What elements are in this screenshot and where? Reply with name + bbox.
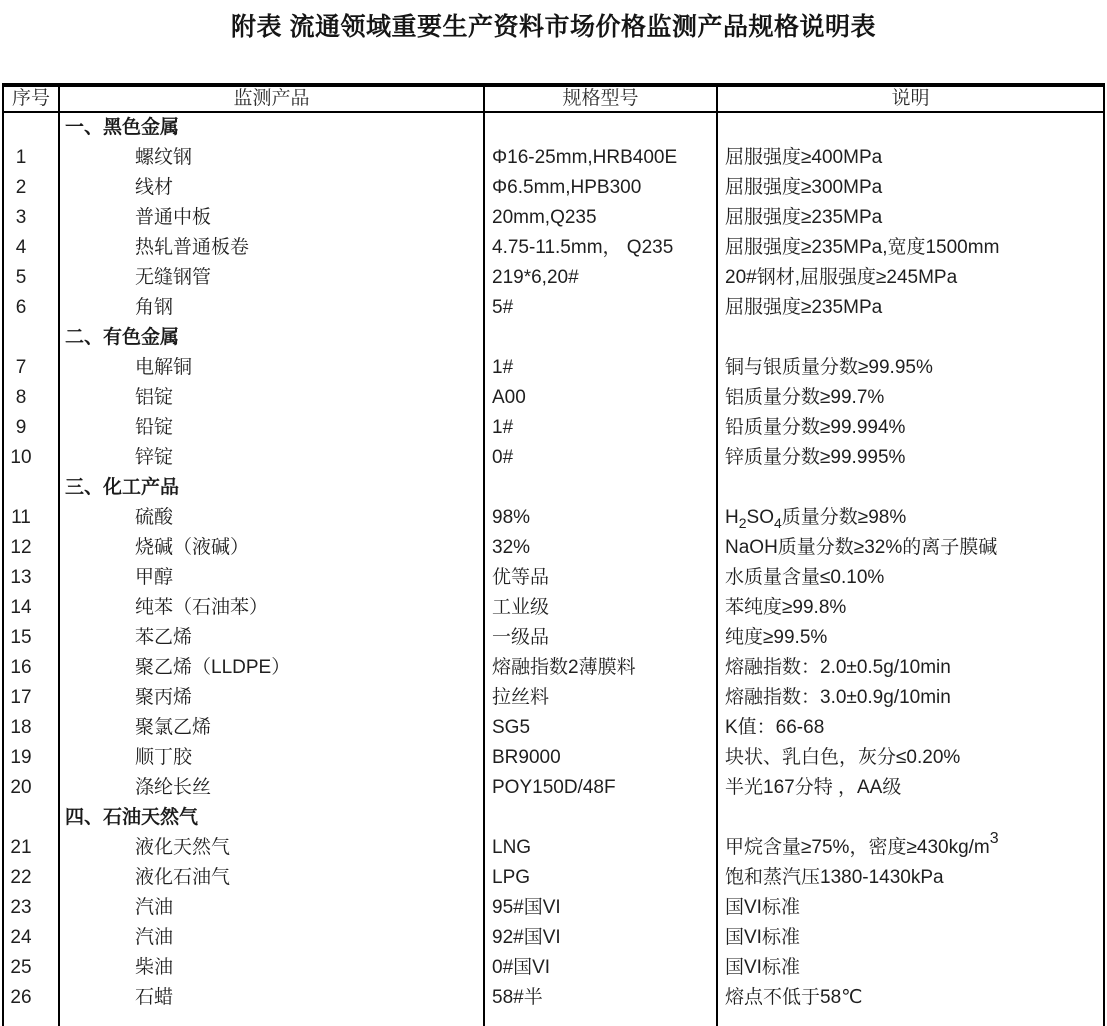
spec-cell: 4.75-11.5mm， Q235 [485,233,718,263]
row-number-cell: 1 [4,143,60,173]
text-segment: SO [747,507,774,528]
product-cell: 锌锭 [60,443,485,473]
section-title-cell: 一、黑色金属 [60,113,485,143]
spec-cell: 熔融指数2薄膜料 [485,653,718,683]
spec-cell: 98% [485,503,718,533]
product-cell: 顺丁胶 [60,743,485,773]
product-cell: 铝锭 [60,383,485,413]
empty-cell [60,1013,485,1026]
spec-cell: 92#国VI [485,923,718,953]
row-number-cell: 12 [4,533,60,563]
product-cell: 甲醇 [60,563,485,593]
product-cell: 涤纶长丝 [60,773,485,803]
row-number-cell: 17 [4,683,60,713]
spec-cell: A00 [485,383,718,413]
row-number-cell: 26 [4,983,60,1013]
spec-cell: SG5 [485,713,718,743]
spec-cell: 1# [485,413,718,443]
description-cell: 熔点不低于58℃ [718,983,1103,1013]
superscript: 3 [990,830,999,847]
table-row: 2线材Φ6.5mm,HPB300屈服强度≥300MPa [4,173,1103,203]
row-number-cell: 11 [4,503,60,533]
product-cell: 纯苯（石油苯） [60,593,485,623]
table-row: 15苯乙烯一级品纯度≥99.5% [4,623,1103,653]
product-cell: 电解铜 [60,353,485,383]
spec-cell: 0# [485,443,718,473]
spec-cell: Φ16-25mm,HRB400E [485,143,718,173]
table-row: 21液化天然气LNG甲烷含量≥75%，密度≥430kg/m3 [4,833,1103,863]
description-cell: NaOH质量分数≥32%的离子膜碱 [718,533,1103,563]
spec-cell [485,113,718,143]
row-number-cell [4,113,60,143]
description-cell: 熔融指数：2.0±0.5g/10min [718,653,1103,683]
product-cell: 液化石油气 [60,863,485,893]
table-body: 一、黑色金属1螺纹钢Φ16-25mm,HRB400E屈服强度≥400MPa2线材… [4,113,1103,1026]
product-cell: 聚氯乙烯 [60,713,485,743]
table-row: 16聚乙烯（LLDPE）熔融指数2薄膜料熔融指数：2.0±0.5g/10min [4,653,1103,683]
subscript: 4 [774,515,782,531]
description-cell: 甲烷含量≥75%，密度≥430kg/m3 [718,833,1103,863]
product-cell: 苯乙烯 [60,623,485,653]
text-segment: H [725,507,739,528]
description-cell: 熔融指数：3.0±0.9g/10min [718,683,1103,713]
description-cell: 饱和蒸汽压1380-1430kPa [718,863,1103,893]
section-row: 四、石油天然气 [4,803,1103,833]
table-filler-row [4,1013,1103,1026]
row-number-cell: 20 [4,773,60,803]
product-cell: 石蜡 [60,983,485,1013]
spec-cell [485,323,718,353]
product-cell: 聚乙烯（LLDPE） [60,653,485,683]
spec-cell: 58#半 [485,983,718,1013]
section-row: 一、黑色金属 [4,113,1103,143]
row-number-cell [4,803,60,833]
product-cell: 普通中板 [60,203,485,233]
table-row: 12烧碱（液碱）32%NaOH质量分数≥32%的离子膜碱 [4,533,1103,563]
spec-cell: 20mm,Q235 [485,203,718,233]
section-row: 二、有色金属 [4,323,1103,353]
description-cell: H2SO4质量分数≥98% [718,503,1103,533]
description-cell: K值：66-68 [718,713,1103,743]
product-cell: 热轧普通板卷 [60,233,485,263]
table-row: 11硫酸98%H2SO4质量分数≥98% [4,503,1103,533]
spec-cell: 95#国VI [485,893,718,923]
description-cell: 水质量含量≤0.10% [718,563,1103,593]
table-row: 10锌锭0#锌质量分数≥99.995% [4,443,1103,473]
table-row: 5无缝钢管219*6,20#20#钢材,屈服强度≥245MPa [4,263,1103,293]
row-number-cell [4,473,60,503]
table-row: 20涤纶长丝POY150D/48F半光167分特 ，AA级 [4,773,1103,803]
description-cell [718,113,1103,143]
description-cell: 屈服强度≥235MPa [718,203,1103,233]
table-row: 19顺丁胶BR9000块状、乳白色，灰分≤0.20% [4,743,1103,773]
description-cell: 屈服强度≥400MPa [718,143,1103,173]
row-number-cell: 18 [4,713,60,743]
description-cell: 纯度≥99.5% [718,623,1103,653]
product-cell: 线材 [60,173,485,203]
table-row: 17聚丙烯拉丝料熔融指数：3.0±0.9g/10min [4,683,1103,713]
table-header: 序号 监测产品 规格型号 说明 [4,87,1103,113]
description-cell: 铅质量分数≥99.994% [718,413,1103,443]
subscript: 2 [739,515,747,531]
section-row: 三、化工产品 [4,473,1103,503]
product-cell: 角钢 [60,293,485,323]
row-number-cell: 4 [4,233,60,263]
table-row: 14纯苯（石油苯）工业级苯纯度≥99.8% [4,593,1103,623]
text-segment: 质量分数≥98% [782,507,906,528]
description-cell: 半光167分特 ，AA级 [718,773,1103,803]
spec-cell: Φ6.5mm,HPB300 [485,173,718,203]
product-cell: 汽油 [60,893,485,923]
product-cell: 硫酸 [60,503,485,533]
description-cell: 屈服强度≥300MPa [718,173,1103,203]
description-cell: 屈服强度≥235MPa [718,293,1103,323]
header-spec-model: 规格型号 [485,87,718,111]
product-cell: 螺纹钢 [60,143,485,173]
description-cell: 20#钢材,屈服强度≥245MPa [718,263,1103,293]
description-cell: 苯纯度≥99.8% [718,593,1103,623]
spec-table: 序号 监测产品 规格型号 说明 一、黑色金属1螺纹钢Φ16-25mm,HRB40… [2,83,1105,1026]
row-number-cell [4,323,60,353]
header-serial-number: 序号 [4,87,60,111]
description-cell: 铝质量分数≥99.7% [718,383,1103,413]
table-row: 22液化石油气LPG饱和蒸汽压1380-1430kPa [4,863,1103,893]
table-row: 4热轧普通板卷4.75-11.5mm， Q235屈服强度≥235MPa,宽度15… [4,233,1103,263]
table-row: 18聚氯乙烯SG5K值：66-68 [4,713,1103,743]
spec-cell: 1# [485,353,718,383]
row-number-cell: 21 [4,833,60,863]
row-number-cell: 5 [4,263,60,293]
section-title-cell: 二、有色金属 [60,323,485,353]
empty-cell [4,1013,60,1026]
description-cell [718,323,1103,353]
product-cell: 烧碱（液碱） [60,533,485,563]
spec-cell: 219*6,20# [485,263,718,293]
row-number-cell: 22 [4,863,60,893]
table-row: 6角钢5#屈服强度≥235MPa [4,293,1103,323]
table-row: 24汽油92#国VI国VI标准 [4,923,1103,953]
spec-cell: 0#国VI [485,953,718,983]
spec-cell: LNG [485,833,718,863]
section-title-cell: 四、石油天然气 [60,803,485,833]
description-cell: 国VI标准 [718,953,1103,983]
row-number-cell: 24 [4,923,60,953]
description-cell: 国VI标准 [718,923,1103,953]
description-cell: 块状、乳白色，灰分≤0.20% [718,743,1103,773]
table-row: 9铅锭1#铅质量分数≥99.994% [4,413,1103,443]
table-row: 7电解铜1#铜与银质量分数≥99.95% [4,353,1103,383]
product-cell: 汽油 [60,923,485,953]
product-cell: 液化天然气 [60,833,485,863]
spec-cell [485,803,718,833]
row-number-cell: 10 [4,443,60,473]
table-row: 13甲醇优等品水质量含量≤0.10% [4,563,1103,593]
document-page: { "page_title": "附表 流通领域重要生产资料市场价格监测产品规格… [0,0,1107,1026]
row-number-cell: 7 [4,353,60,383]
section-title-cell: 三、化工产品 [60,473,485,503]
spec-cell: 工业级 [485,593,718,623]
product-cell: 铅锭 [60,413,485,443]
spec-cell: BR9000 [485,743,718,773]
row-number-cell: 3 [4,203,60,233]
row-number-cell: 2 [4,173,60,203]
row-number-cell: 8 [4,383,60,413]
row-number-cell: 6 [4,293,60,323]
empty-cell [485,1013,718,1026]
description-cell: 屈服强度≥235MPa,宽度1500mm [718,233,1103,263]
description-cell [718,803,1103,833]
header-description: 说明 [718,87,1103,111]
row-number-cell: 14 [4,593,60,623]
product-cell: 聚丙烯 [60,683,485,713]
spec-cell [485,473,718,503]
page-title: 附表 流通领域重要生产资料市场价格监测产品规格说明表 [0,0,1107,42]
table-row: 1螺纹钢Φ16-25mm,HRB400E屈服强度≥400MPa [4,143,1103,173]
description-cell [718,473,1103,503]
table-row: 23汽油95#国VI国VI标准 [4,893,1103,923]
spec-cell: 拉丝料 [485,683,718,713]
product-cell: 无缝钢管 [60,263,485,293]
table-row: 3普通中板20mm,Q235屈服强度≥235MPa [4,203,1103,233]
spec-cell: 5# [485,293,718,323]
row-number-cell: 9 [4,413,60,443]
spec-cell: 32% [485,533,718,563]
text-segment: 甲烷含量≥75%，密度≥430kg/m [725,837,990,858]
row-number-cell: 25 [4,953,60,983]
table-row: 26石蜡58#半熔点不低于58℃ [4,983,1103,1013]
row-number-cell: 19 [4,743,60,773]
row-number-cell: 15 [4,623,60,653]
row-number-cell: 16 [4,653,60,683]
spec-cell: 优等品 [485,563,718,593]
description-cell: 国VI标准 [718,893,1103,923]
spec-cell: LPG [485,863,718,893]
table-row: 25柴油0#国VI国VI标准 [4,953,1103,983]
spec-cell: POY150D/48F [485,773,718,803]
row-number-cell: 13 [4,563,60,593]
product-cell: 柴油 [60,953,485,983]
spec-cell: 一级品 [485,623,718,653]
description-cell: 铜与银质量分数≥99.95% [718,353,1103,383]
table-row: 8铝锭A00铝质量分数≥99.7% [4,383,1103,413]
description-cell: 锌质量分数≥99.995% [718,443,1103,473]
header-monitored-product: 监测产品 [60,87,485,111]
row-number-cell: 23 [4,893,60,923]
empty-cell [718,1013,1103,1026]
